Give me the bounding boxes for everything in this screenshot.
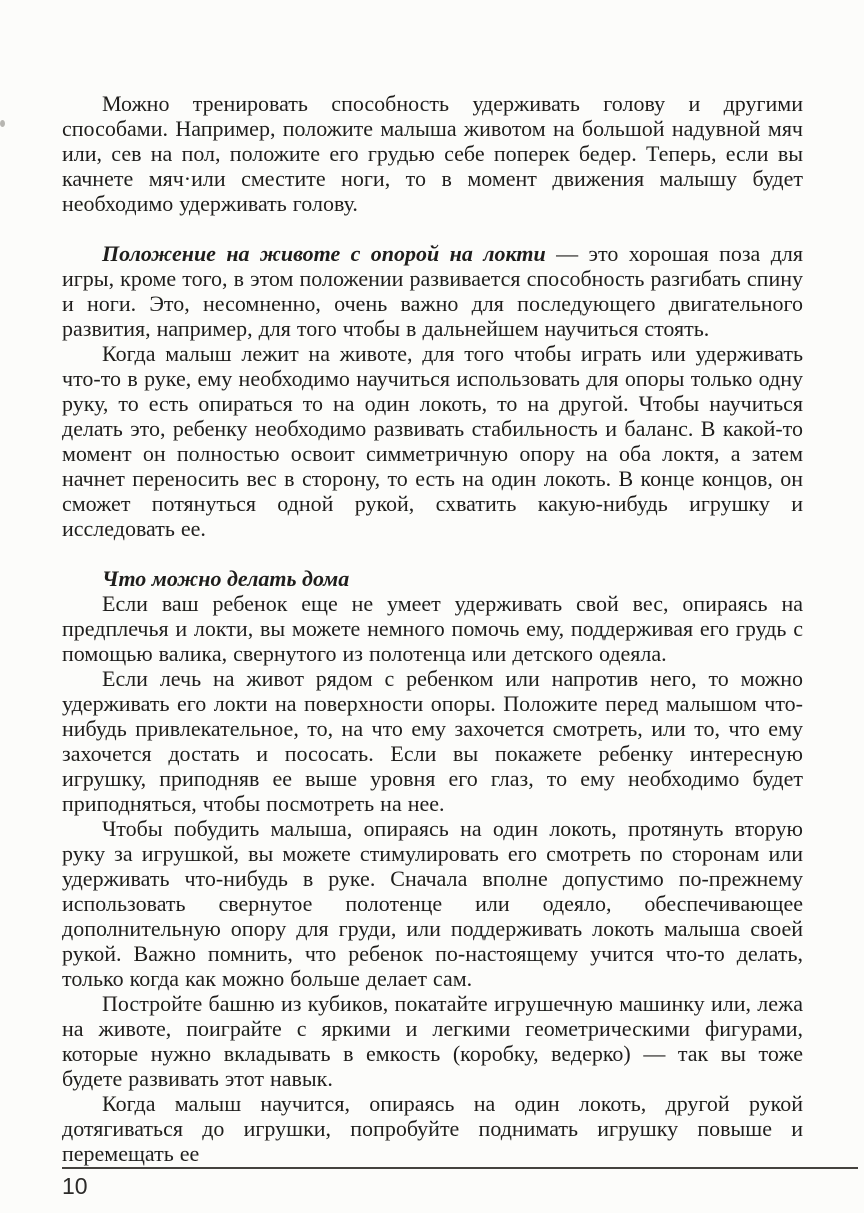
inline-heading-prone-on-elbows: Положение на животе с опорой на локти	[102, 241, 546, 266]
paragraph-towel-roll-support: Если ваш ребенок еще не умеет удерживать…	[62, 591, 803, 666]
paragraph-head-training: Можно тренировать способность удерживать…	[62, 91, 803, 216]
section-heading-what-to-do-at-home: Что можно делать дома	[62, 566, 803, 591]
paragraph-prone-position: Положение на животе с опорой на локти — …	[62, 241, 803, 341]
footer-rule	[62, 1167, 858, 1169]
paragraph-raise-toy-higher: Когда малыш научится, опираясь на один л…	[62, 1091, 803, 1166]
page-number: 10	[62, 1173, 88, 1200]
paragraph-build-tower: Постройте башню из кубиков, покатайте иг…	[62, 991, 803, 1091]
paragraph-encourage-reaching: Чтобы побудить малыша, опираясь на один …	[62, 816, 803, 991]
scan-speck	[0, 120, 5, 127]
book-page: Можно тренировать способность удерживать…	[0, 0, 864, 1213]
paragraph-lying-next-to-child: Если лечь на живот рядом с ребенком или …	[62, 666, 803, 816]
page-text: Можно тренировать способность удерживать…	[62, 91, 803, 1166]
paragraph-one-elbow-support: Когда малыш лежит на животе, для того чт…	[62, 341, 803, 541]
